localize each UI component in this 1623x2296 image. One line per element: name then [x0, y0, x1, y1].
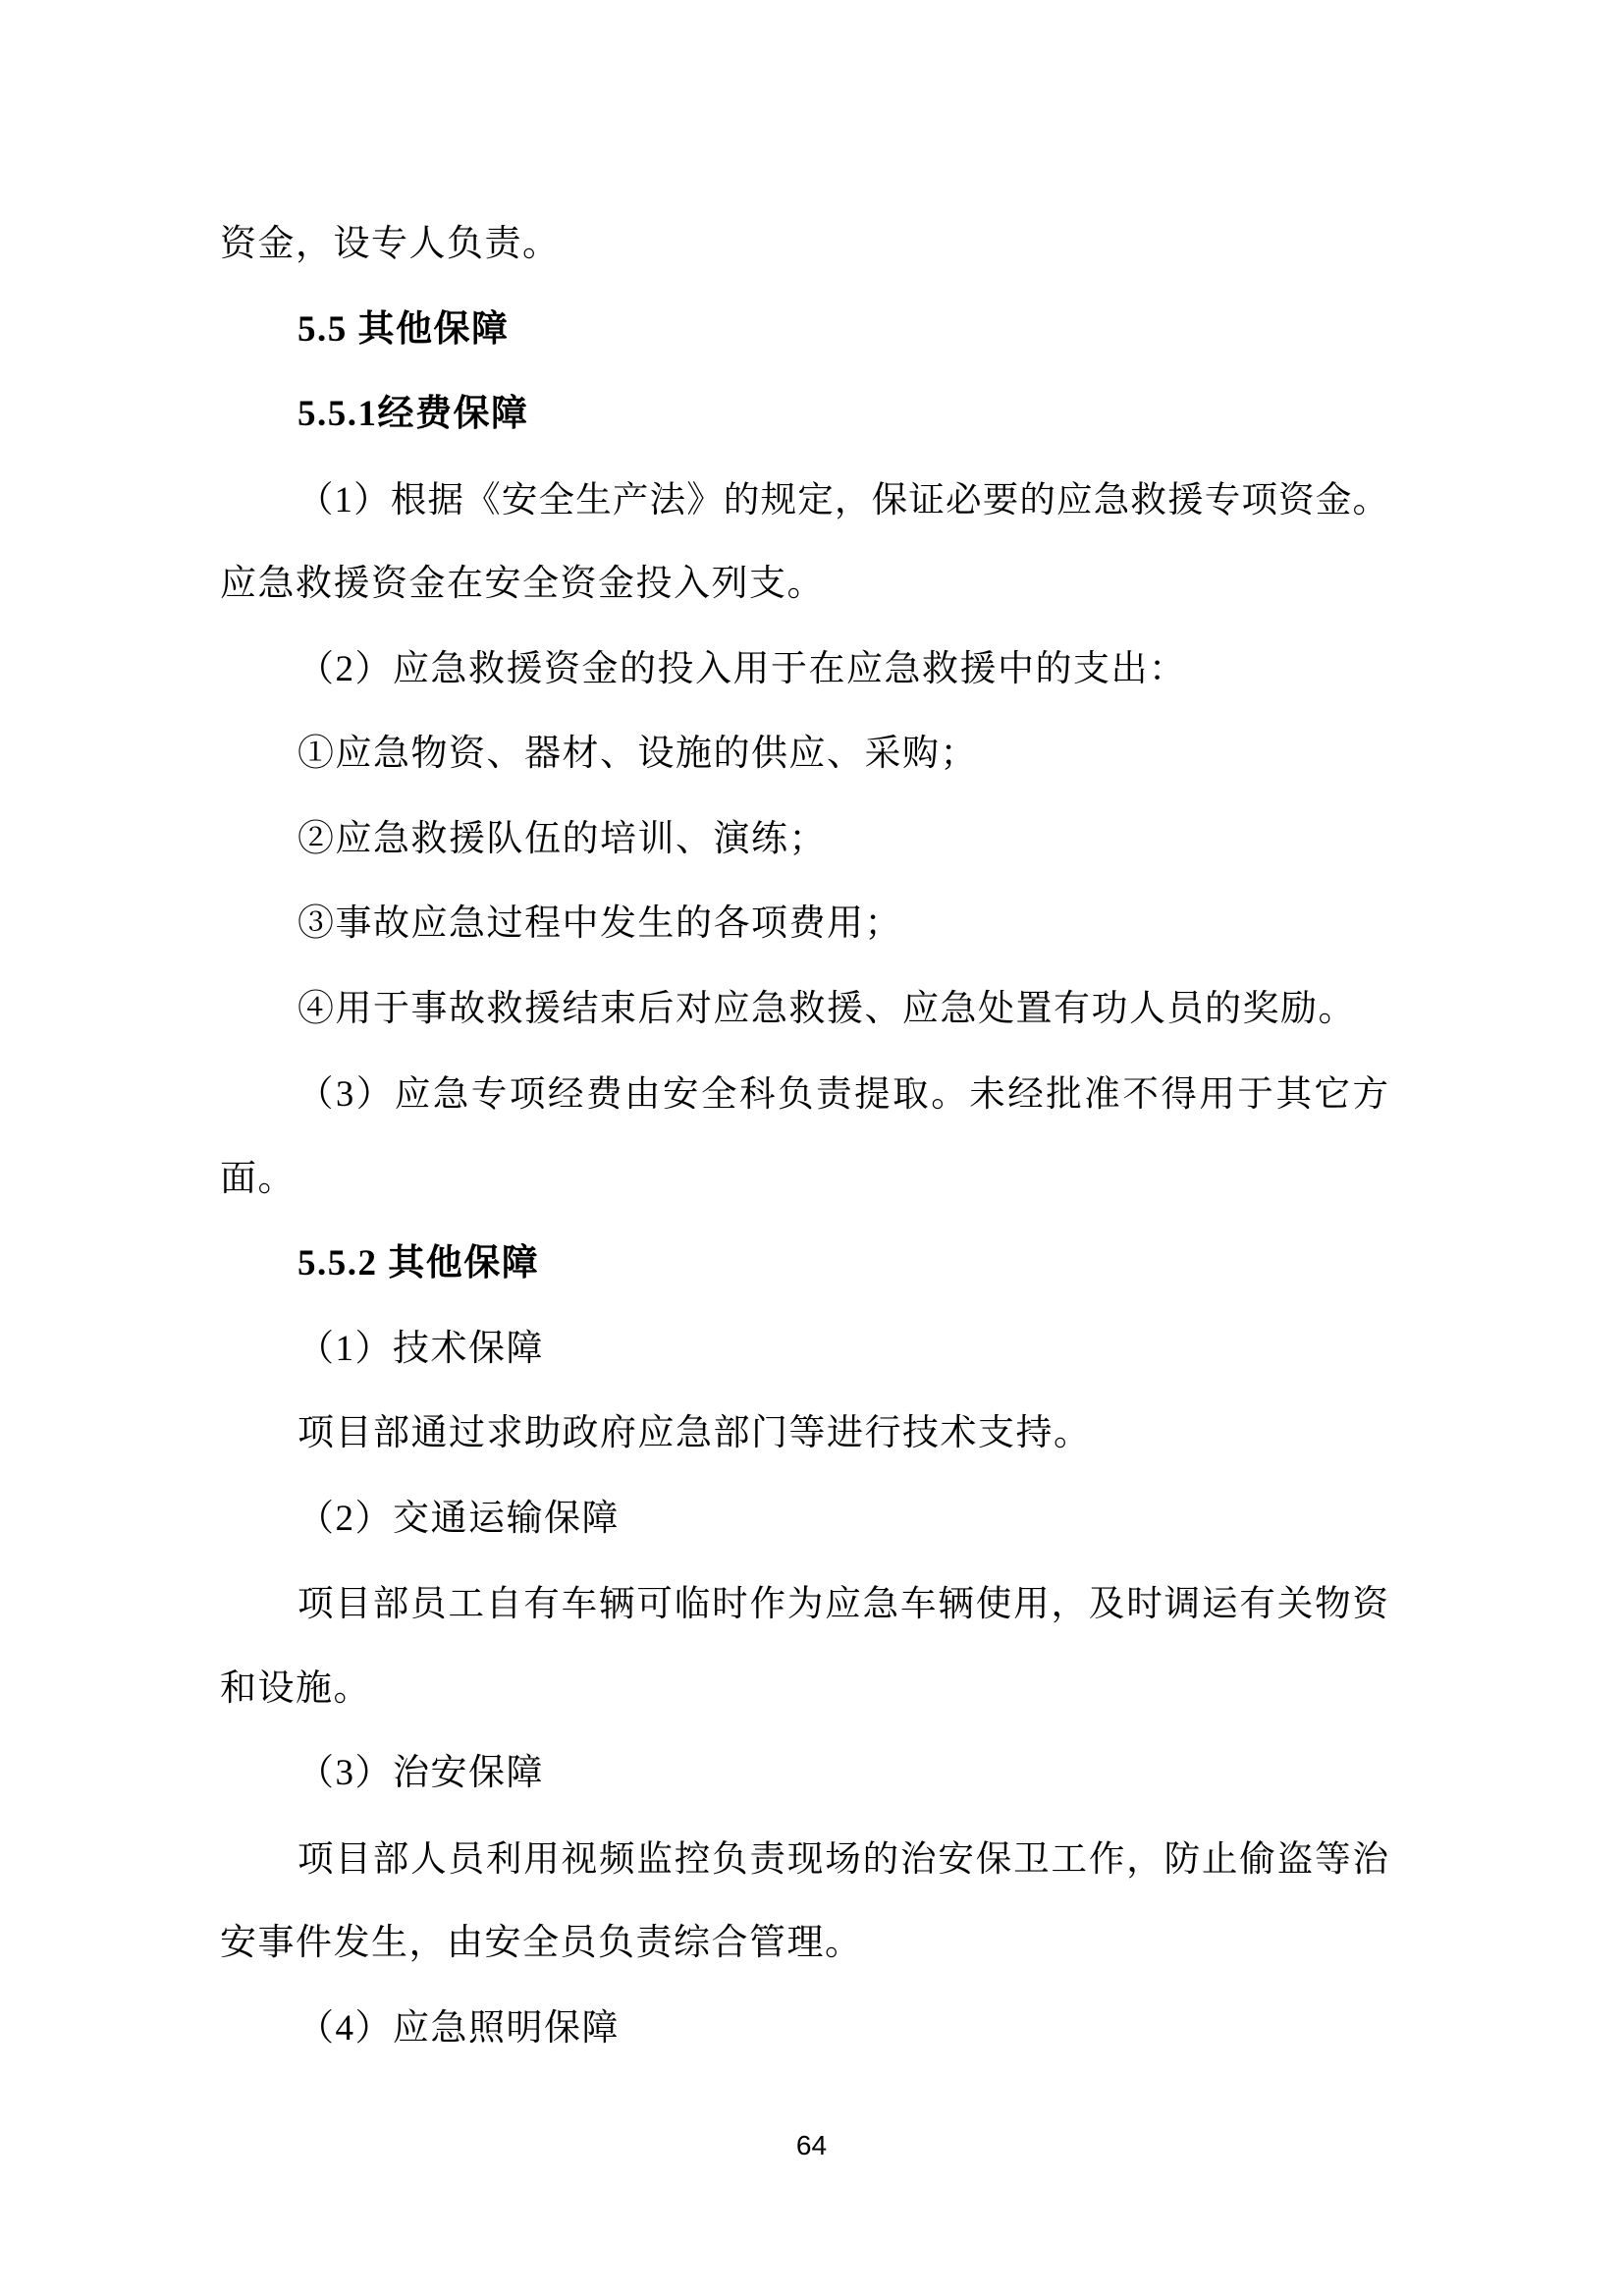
- para-tech-title: （1）技术保障: [220, 1307, 1388, 1393]
- para-transport-line-2: 和设施。: [220, 1647, 1388, 1732]
- para-1-line-1: （1）根据《安全生产法》的规定，保证必要的应急救援专项资金。: [220, 458, 1388, 543]
- page-number: 64: [0, 2125, 1623, 2166]
- heading-5-5-1: 5.5.1经费保障: [220, 372, 1388, 458]
- para-security-line-1: 项目部人员利用视频监控负责现场的治安保卫工作，防止偷盗等治: [220, 1817, 1388, 1902]
- para-transport-title: （2）交通运输保障: [220, 1477, 1388, 1562]
- list-item-2: ②应急救援队伍的培训、演练；: [220, 797, 1388, 883]
- para-3-line-2: 面。: [220, 1137, 1388, 1223]
- para-2-intro: （2）应急救援资金的投入用于在应急救援中的支出：: [220, 628, 1388, 713]
- list-item-4: ④用于事故救援结束后对应急救援、应急处置有功人员的奖励。: [220, 967, 1388, 1053]
- para-security-title: （3）治安保障: [220, 1731, 1388, 1817]
- list-item-3: ③事故应急过程中发生的各项费用；: [220, 882, 1388, 967]
- body-text: 资金，设专人负责。 5.5 其他保障 5.5.1经费保障 （1）根据《安全生产法…: [220, 202, 1388, 2071]
- para-security-line-2: 安事件发生，由安全员负责综合管理。: [220, 1901, 1388, 1987]
- list-item-1: ①应急物资、器材、设施的供应、采购；: [220, 712, 1388, 797]
- para-funding-continuation: 资金，设专人负责。: [220, 202, 1388, 288]
- heading-5-5: 5.5 其他保障: [220, 288, 1388, 373]
- para-lighting-title: （4）应急照明保障: [220, 1987, 1388, 2072]
- para-1-line-2: 应急救援资金在安全资金投入列支。: [220, 542, 1388, 628]
- para-3-line-1: （3）应急专项经费由安全科负责提取。未经批准不得用于其它方: [220, 1052, 1388, 1137]
- para-transport-line-1: 项目部员工自有车辆可临时作为应急车辆使用，及时调运有关物资: [220, 1561, 1388, 1647]
- para-tech-body: 项目部通过求助政府应急部门等进行技术支持。: [220, 1392, 1388, 1477]
- document-page: 资金，设专人负责。 5.5 其他保障 5.5.1经费保障 （1）根据《安全生产法…: [0, 0, 1623, 2296]
- heading-5-5-2: 5.5.2 其他保障: [220, 1222, 1388, 1307]
